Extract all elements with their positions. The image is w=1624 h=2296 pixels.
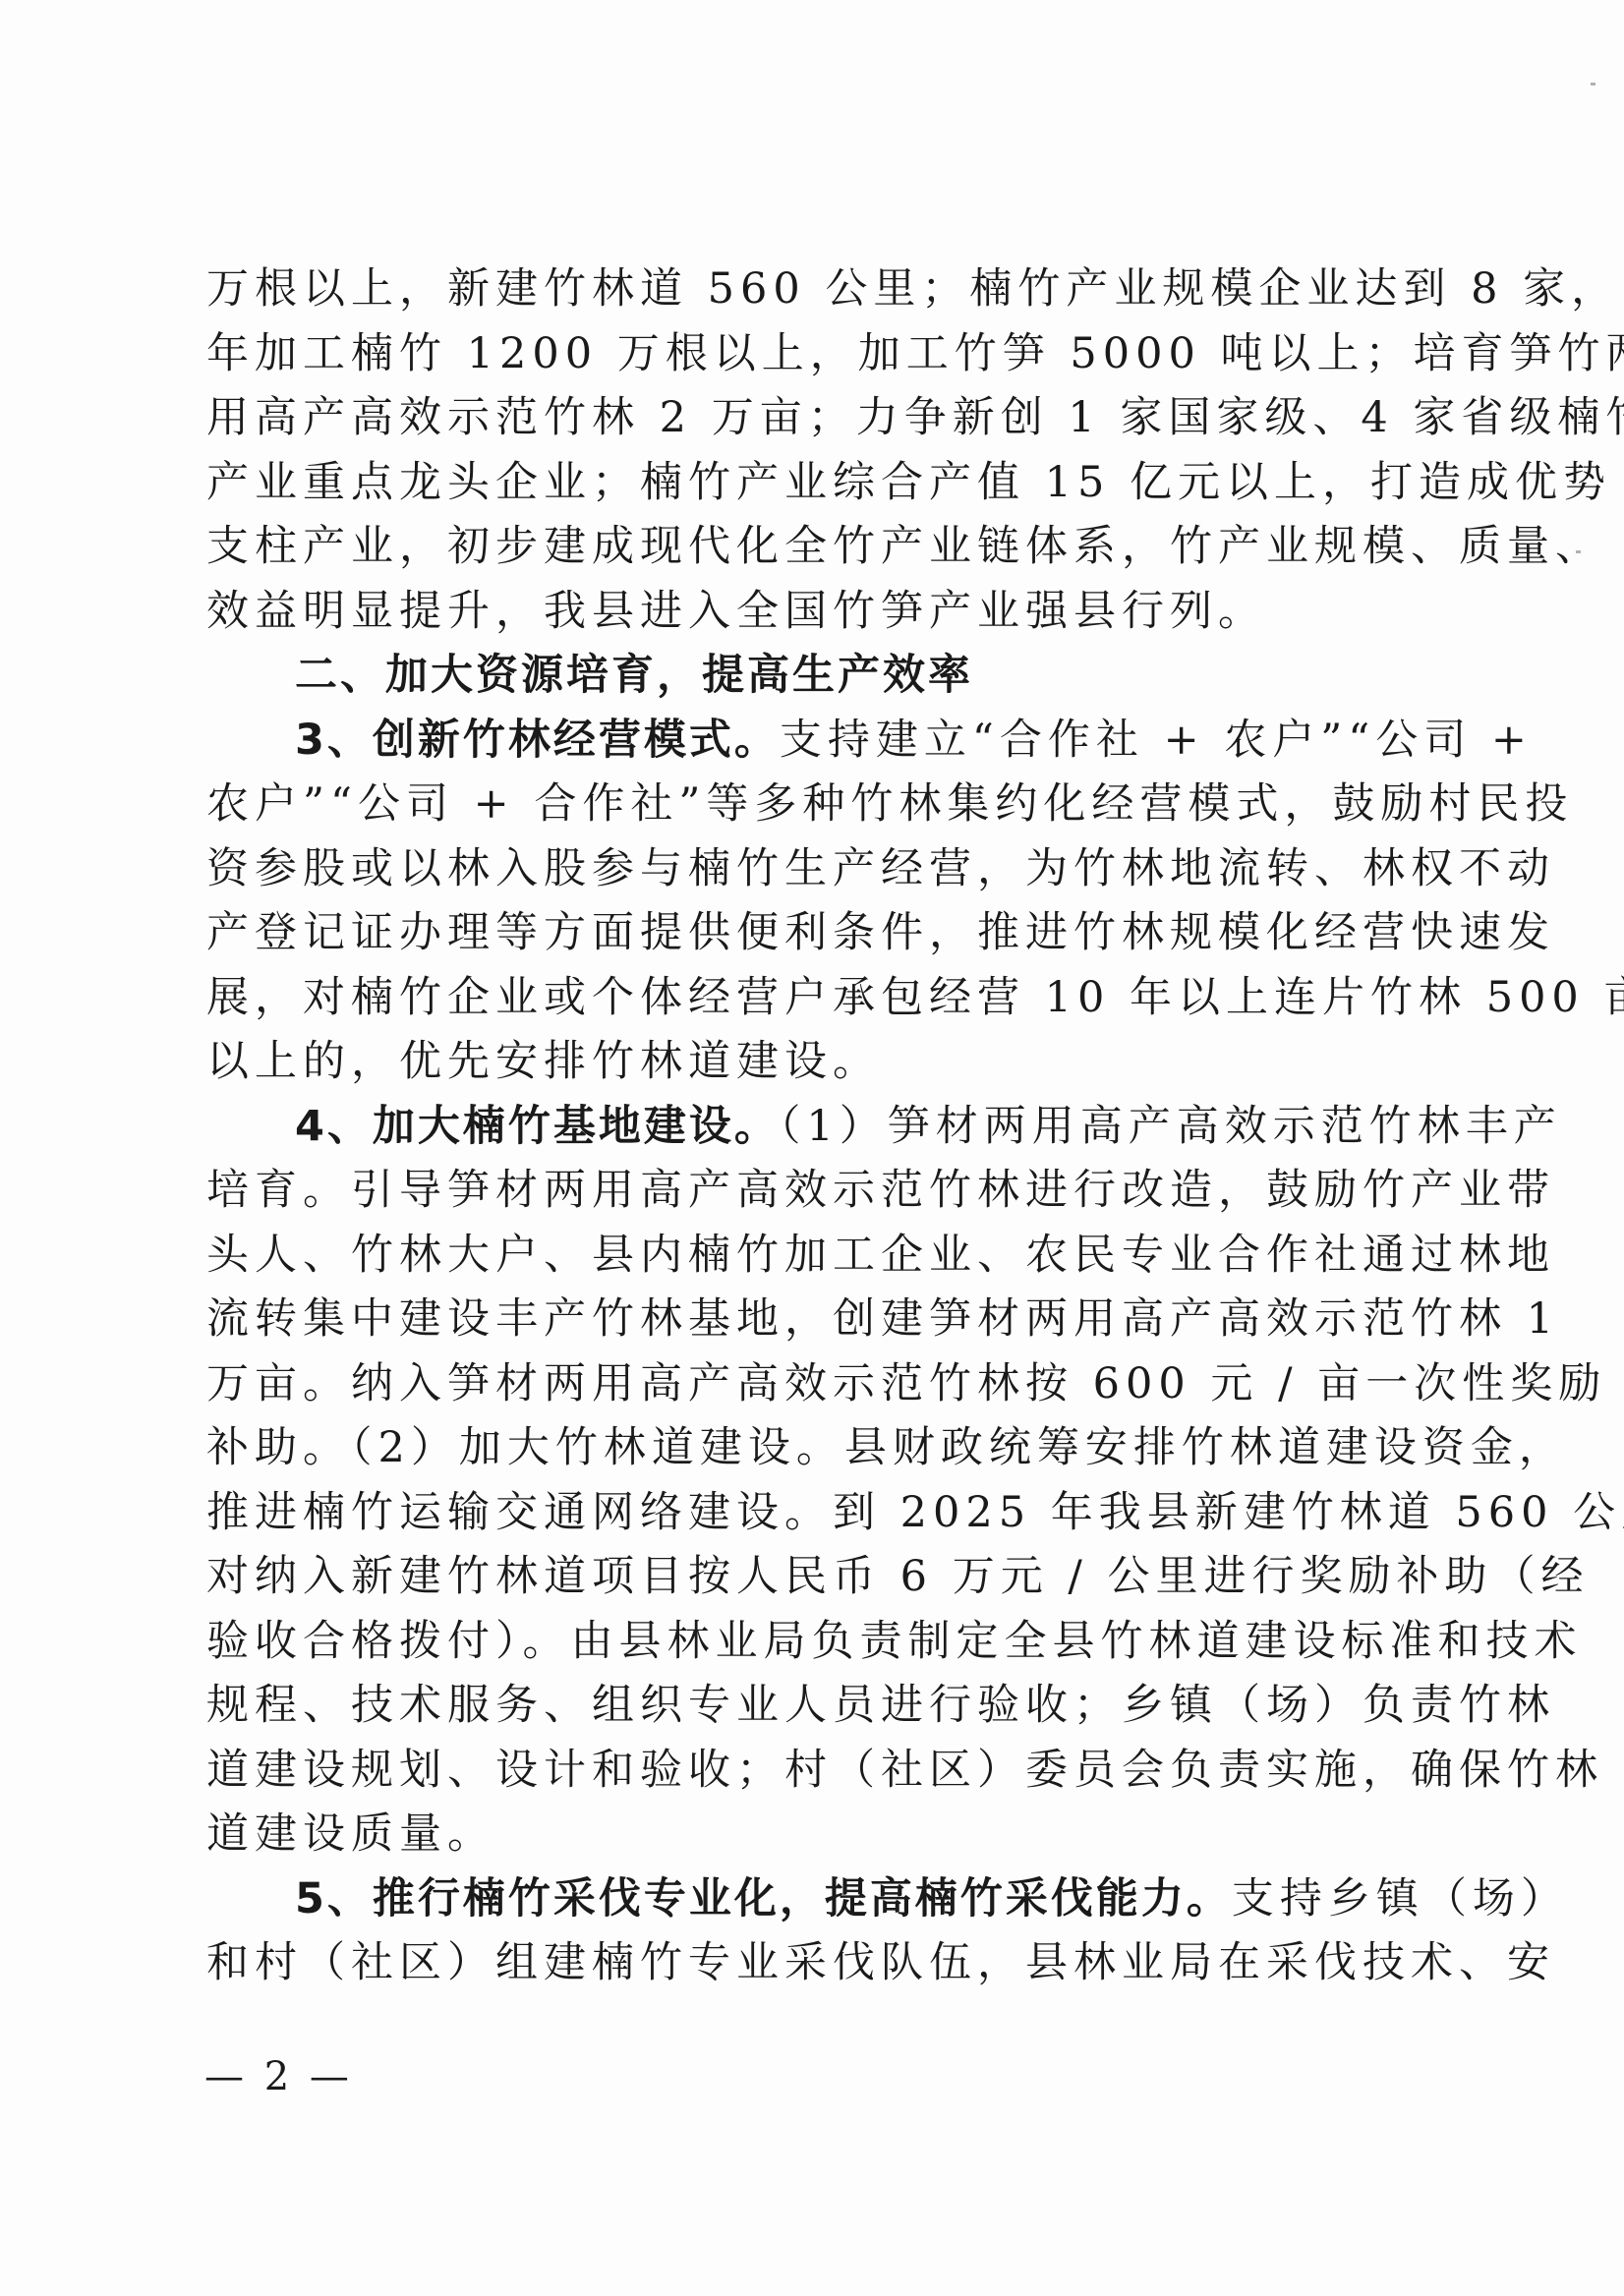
text-line: 推进楠竹运输交通网络建设。到 2025 年我县新建竹林道 560 公里， bbox=[206, 1481, 1441, 1546]
text-line: 万根以上，新建竹林道 560 公里；楠竹产业规模企业达到 8 家， bbox=[206, 258, 1441, 322]
text-line: 培育。引导笋材两用高产高效示范竹林进行改造，鼓励竹产业带 bbox=[206, 1159, 1441, 1224]
text-line: 道建设质量。 bbox=[206, 1803, 1441, 1867]
section-heading-paragraph: 二、加大资源培育，提高生产效率 bbox=[206, 644, 1441, 709]
item-5-first-line: 5、推行楠竹采伐专业化，提高楠竹采伐能力。支持乡镇（场） bbox=[206, 1867, 1441, 1932]
text-line: 以上的，优先安排竹林道建设。 bbox=[206, 1030, 1441, 1095]
page-number: — 2 — bbox=[204, 2054, 353, 2099]
text-line: 支柱产业，初步建成现代化全竹产业链体系，竹产业规模、质量、 bbox=[206, 515, 1441, 580]
text-line: 万亩。纳入笋材两用高产高效示范竹林按 600 元 / 亩一次性奖励 bbox=[206, 1352, 1441, 1417]
text-line: 年加工楠竹 1200 万根以上，加工竹笋 5000 吨以上；培育笋竹两 bbox=[206, 322, 1441, 387]
text-line: 规程、技术服务、组织专业人员进行验收；乡镇（场）负责竹林 bbox=[206, 1674, 1441, 1739]
item-4-first-line: 4、加大楠竹基地建设。（1）笋材两用高产高效示范竹林丰产 bbox=[206, 1095, 1441, 1160]
text-line: 产业重点龙头企业；楠竹产业综合产值 15 亿元以上，打造成优势 bbox=[206, 451, 1441, 516]
item-4-first-line-text: （1）笋材两用高产高效示范竹林丰产 bbox=[780, 1102, 1562, 1151]
text-line: 和村（社区）组建楠竹专业采伐队伍，县林业局在采伐技术、安 bbox=[206, 1931, 1441, 1996]
continuation-paragraph: 万根以上，新建竹林道 560 公里；楠竹产业规模企业达到 8 家， 年加工楠竹 … bbox=[206, 258, 1441, 644]
item-5-paragraph: 5、推行楠竹采伐专业化，提高楠竹采伐能力。支持乡镇（场） 和村（社区）组建楠竹专… bbox=[206, 1867, 1441, 1996]
text-line: 补助。（2）加大竹林道建设。县财政统筹安排竹林道建设资金， bbox=[206, 1416, 1441, 1481]
text-line: 产登记证办理等方面提供便利条件，推进竹林规模化经营快速发 bbox=[206, 901, 1441, 966]
item-5-first-line-text: 支持乡镇（场） bbox=[1232, 1874, 1569, 1923]
item-4-lead: 4、加大楠竹基地建设。 bbox=[295, 1102, 780, 1151]
item-3-first-line-text: 支持建立“合作社 + 农户”“公司 + bbox=[780, 716, 1533, 765]
text-line: 效益明显提升，我县进入全国竹笋产业强县行列。 bbox=[206, 580, 1441, 645]
document-page: 万根以上，新建竹林道 560 公里；楠竹产业规模企业达到 8 家， 年加工楠竹 … bbox=[0, 0, 1624, 2296]
item-3-first-line: 3、创新竹林经营模式。支持建立“合作社 + 农户”“公司 + bbox=[206, 709, 1441, 774]
text-line: 流转集中建设丰产竹林基地，创建笋材两用高产高效示范竹林 1 bbox=[206, 1288, 1441, 1352]
text-line: 用高产高效示范竹林 2 万亩；力争新创 1 家国家级、4 家省级楠竹 bbox=[206, 386, 1441, 451]
text-line: 展，对楠竹企业或个体经营户承包经营 10 年以上连片竹林 500 亩 bbox=[206, 966, 1441, 1031]
text-line: 对纳入新建竹林道项目按人民币 6 万元 / 公里进行奖励补助（经 bbox=[206, 1545, 1441, 1610]
document-body: 万根以上，新建竹林道 560 公里；楠竹产业规模企业达到 8 家， 年加工楠竹 … bbox=[206, 258, 1441, 1996]
item-5-lead: 5、推行楠竹采伐专业化，提高楠竹采伐能力。 bbox=[295, 1874, 1232, 1923]
item-3-lead: 3、创新竹林经营模式。 bbox=[295, 716, 780, 765]
scan-speck bbox=[1591, 83, 1595, 86]
text-line: 资参股或以林入股参与楠竹生产经营，为竹林地流转、林权不动 bbox=[206, 837, 1441, 902]
text-line: 验收合格拨付）。由县林业局负责制定全县竹林道建设标准和技术 bbox=[206, 1610, 1441, 1675]
item-3-paragraph: 3、创新竹林经营模式。支持建立“合作社 + 农户”“公司 + 农户”“公司 + … bbox=[206, 709, 1441, 1095]
item-4-paragraph: 4、加大楠竹基地建设。（1）笋材两用高产高效示范竹林丰产 培育。引导笋材两用高产… bbox=[206, 1095, 1441, 1867]
text-line: 道建设规划、设计和验收；村（社区）委员会负责实施，确保竹林 bbox=[206, 1739, 1441, 1804]
text-line: 农户”“公司 + 合作社”等多种竹林集约化经营模式，鼓励村民投 bbox=[206, 773, 1441, 837]
text-line: 头人、竹林大户、县内楠竹加工企业、农民专业合作社通过林地 bbox=[206, 1224, 1441, 1289]
section-heading: 二、加大资源培育，提高生产效率 bbox=[295, 651, 973, 700]
